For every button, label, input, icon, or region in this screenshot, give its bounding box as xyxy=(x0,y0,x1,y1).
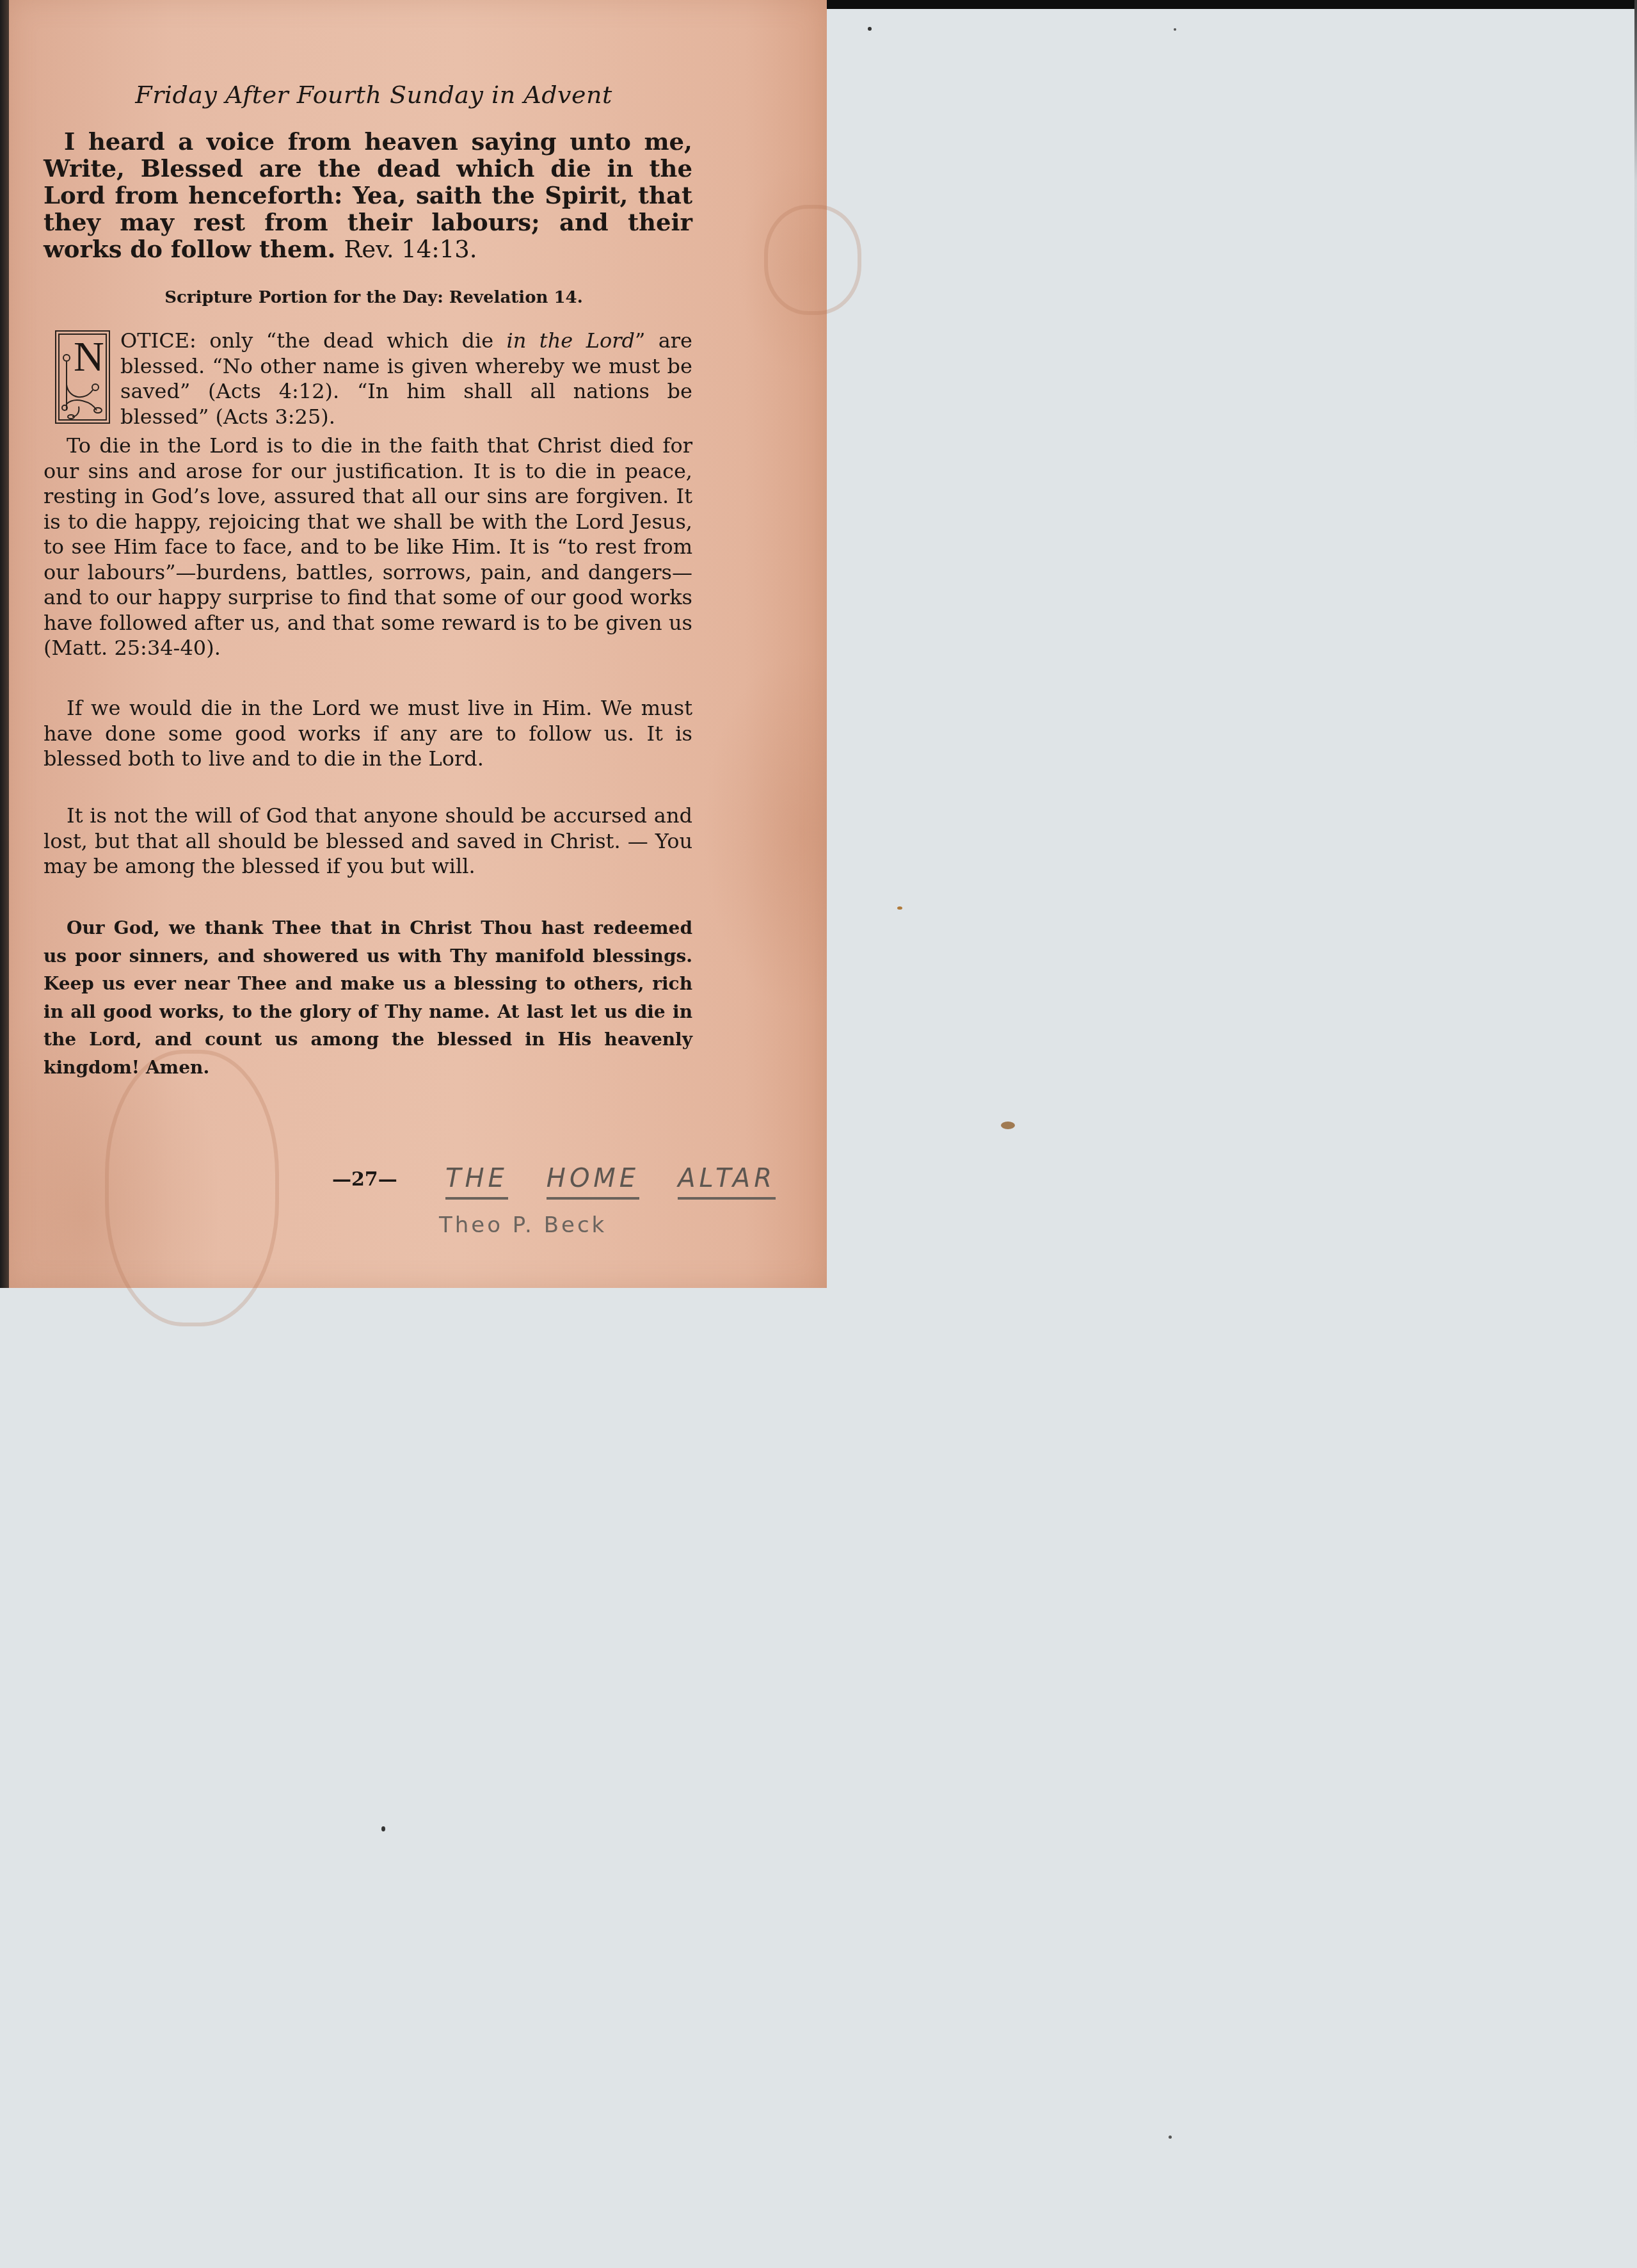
dust-speck xyxy=(868,27,872,31)
day-heading: Friday After Fourth Sunday in Advent xyxy=(9,81,739,109)
verse-reference: Rev. 14:13. xyxy=(344,236,477,263)
handwritten-title: THEHOMEALTAR xyxy=(445,1164,814,1193)
water-stain xyxy=(764,205,861,315)
scripture-verse: I heard a voice from heaven saying unto … xyxy=(44,128,692,263)
dust-speck xyxy=(897,906,902,910)
devotional-clipping: Friday After Fourth Sunday in Advent I h… xyxy=(9,0,827,1288)
notice-paragraph: OTICE: only “the dead which die in the L… xyxy=(120,328,692,430)
dust-speck xyxy=(1174,28,1176,31)
water-stain xyxy=(105,1050,279,1326)
handwritten-word: THE xyxy=(445,1164,508,1200)
handwritten-word: ALTAR xyxy=(678,1164,776,1200)
handwritten-word: HOME xyxy=(547,1164,639,1200)
closing-prayer: Our God, we thank Thee that in Christ Th… xyxy=(44,914,692,1081)
notice-lead: OTICE: only “the dead which die xyxy=(120,328,507,353)
paragraph-will-of-god: It is not the will of God that anyone sh… xyxy=(44,803,692,880)
drop-cap: N xyxy=(55,330,110,424)
dust-speck xyxy=(381,1826,385,1831)
paragraph-die-in-lord: To die in the Lord is to die in the fait… xyxy=(44,433,692,661)
page-number: —27— xyxy=(332,1168,397,1191)
paragraph-live-in-him: If we would die in the Lord we must live… xyxy=(44,696,692,772)
handwritten-author: Theo P. Beck xyxy=(439,1212,607,1238)
drop-cap-letter: N xyxy=(74,335,104,380)
clipping-left-edge xyxy=(0,0,9,1288)
notice-emphasis: in the Lord xyxy=(507,328,635,353)
scanner-edge-top xyxy=(826,0,1637,9)
dust-speck xyxy=(1169,2135,1172,2139)
scanner-edge-right xyxy=(1634,0,1637,2268)
dust-speck xyxy=(1001,1122,1015,1129)
scripture-portion: Scripture Portion for the Day: Revelatio… xyxy=(9,288,739,307)
